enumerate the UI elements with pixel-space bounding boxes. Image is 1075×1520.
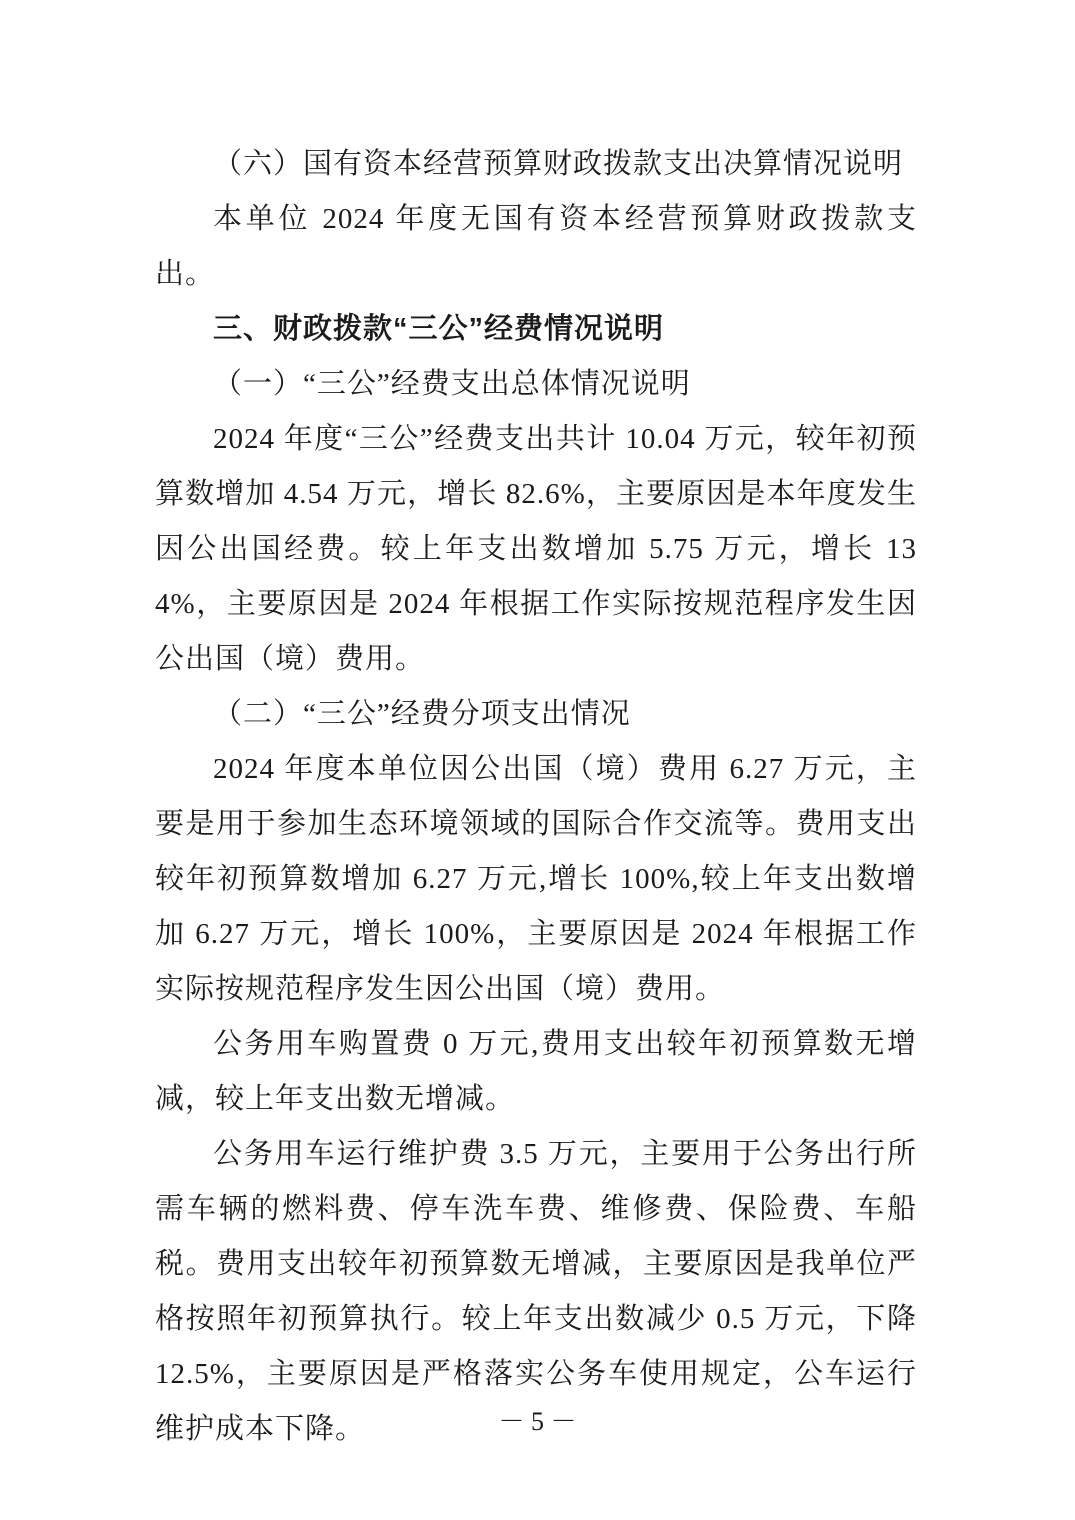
paragraph-overall-expense-detail: 2024 年度“三公”经费支出共计 10.04 万元，较年初预算数增加 4.54… — [155, 412, 917, 687]
page-number: － 5 － — [0, 1402, 1075, 1442]
document-body: （六）国有资本经营预算财政拨款支出决算情况说明 本单位 2024 年度无国有资本… — [155, 137, 917, 1457]
section-heading-state-capital-budget: （六）国有资本经营预算财政拨款支出决算情况说明 — [155, 137, 917, 192]
section-heading-itemized-expense: （二）“三公”经费分项支出情况 — [155, 687, 917, 742]
chapter-heading-three-public-expenses: 三、财政拨款“三公”经费情况说明 — [155, 302, 917, 357]
paragraph-state-capital-budget-statement: 本单位 2024 年度无国有资本经营预算财政拨款支出。 — [155, 192, 917, 302]
document-page: （六）国有资本经营预算财政拨款支出决算情况说明 本单位 2024 年度无国有资本… — [0, 0, 1075, 1520]
paragraph-overseas-travel-expense: 2024 年度本单位因公出国（境）费用 6.27 万元，主要是用于参加生态环境领… — [155, 742, 917, 1017]
paragraph-vehicle-purchase-expense: 公务用车购置费 0 万元,费用支出较年初预算数无增减，较上年支出数无增减。 — [155, 1017, 917, 1127]
section-heading-overall-expense: （一）“三公”经费支出总体情况说明 — [155, 357, 917, 412]
